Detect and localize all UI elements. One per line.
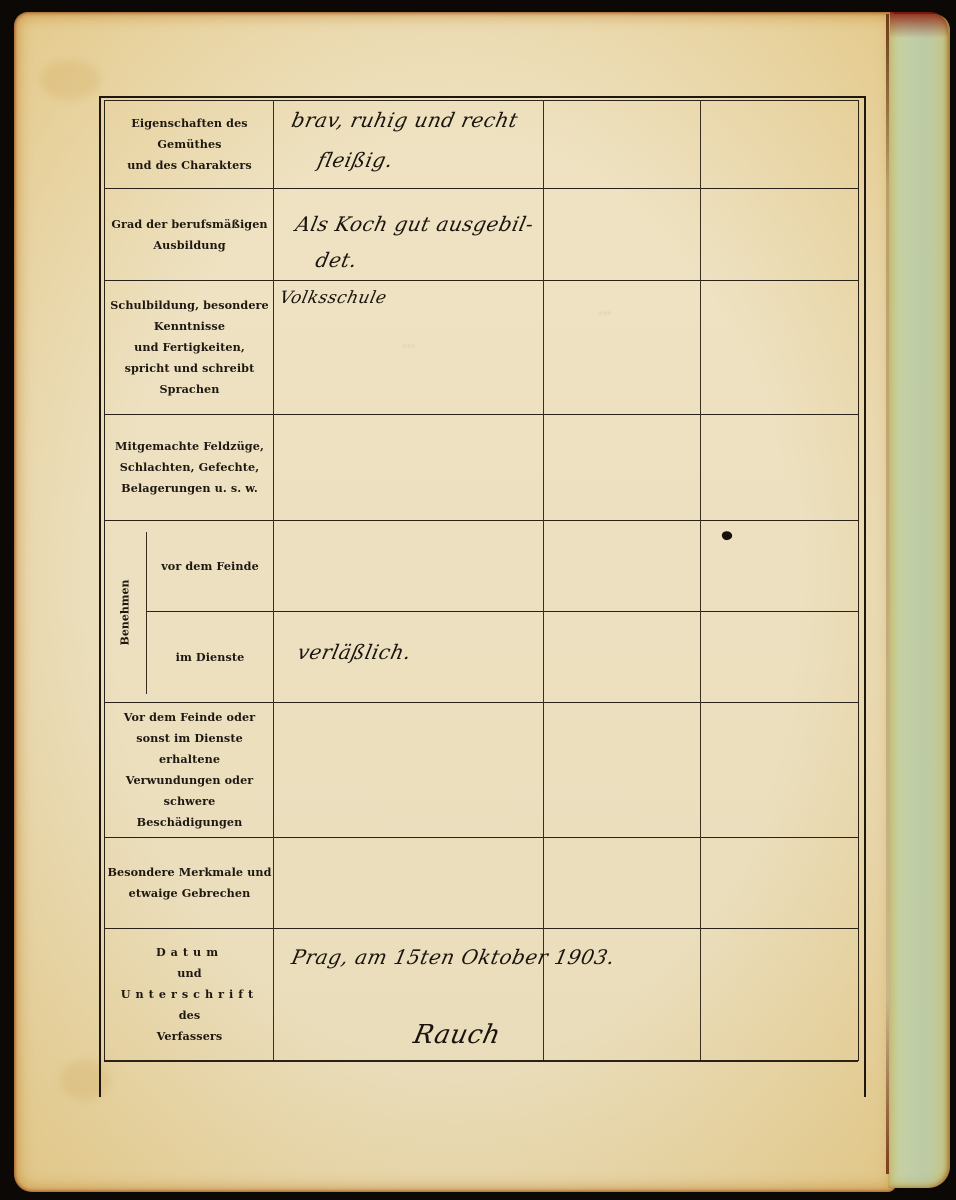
label-line: etwaige Gebrechen: [107, 883, 271, 904]
label-line: Datum: [121, 942, 258, 963]
entry-education: Volksschule: [278, 288, 389, 308]
label-line: Verfassers: [121, 1026, 258, 1047]
entry-date: Prag, am 15ten Oktober 1903.: [289, 945, 617, 969]
label-line: Schlachten, Gefechte,: [115, 457, 264, 478]
label-line: und Fertigkeiten,: [110, 337, 269, 358]
pencil-note: ...: [598, 302, 611, 318]
entry-character-line2: fleißig.: [315, 148, 395, 172]
label-line: Grad der berufsmäßigen: [111, 214, 267, 235]
label-line: des: [121, 1005, 258, 1026]
label-features: Besondere Merkmale und etwaige Gebrechen: [106, 838, 273, 928]
label-line: Eigenschaften des Gemüthes: [106, 113, 273, 155]
label-line: Beschädigungen: [106, 812, 273, 833]
label-text: Benehmen: [119, 580, 132, 646]
label-line: Belagerungen u. s. w.: [115, 478, 264, 499]
column-divider: [700, 100, 701, 1060]
label-line: und: [121, 963, 258, 984]
label-line: spricht und schreibt: [110, 358, 269, 379]
label-line: Unterschrift: [121, 984, 258, 1005]
label-line: Ausbildung: [111, 235, 267, 256]
label-vor-dem-feinde: vor dem Feinde: [147, 521, 273, 611]
entry-character-line1: brav, ruhig und recht: [289, 108, 520, 132]
column-divider: [273, 100, 274, 1060]
label-line: vor dem Feinde: [161, 556, 259, 577]
label-line: und des Charakters: [106, 155, 273, 176]
row-divider-bottom: [104, 1060, 858, 1062]
label-line: Sprachen: [110, 379, 269, 400]
label-line: Vor dem Feinde oder: [106, 707, 273, 728]
page-fold-edge: [886, 14, 889, 1174]
column-divider: [543, 100, 544, 1060]
label-line: Besondere Merkmale und: [107, 862, 271, 883]
label-character: Eigenschaften des Gemüthesund des Charak…: [106, 101, 273, 188]
label-im-dienste: im Dienste: [147, 612, 273, 702]
entry-conduct-service: verläßlich.: [295, 640, 413, 664]
label-line: im Dienste: [176, 647, 245, 668]
entry-training-line1: Als Koch gut ausgebil-: [293, 212, 536, 236]
label-campaigns: Mitgemachte Feldzüge, Schlachten, Gefech…: [106, 415, 273, 520]
spine-stain: [890, 12, 948, 38]
label-benehmen: Benehmen: [110, 525, 140, 700]
label-line: Kenntnisse: [110, 316, 269, 337]
label-training: Grad der berufsmäßigenAusbildung: [106, 189, 273, 280]
label-injuries: Vor dem Feinde oder sonst im Dienste erh…: [106, 703, 273, 837]
author-signature: Rauch: [411, 1020, 504, 1050]
book-spine-cover: [888, 14, 950, 1188]
label-line: Mitgemachte Feldzüge,: [115, 436, 264, 457]
label-date-signature: Datum und Unterschrift des Verfassers: [106, 929, 273, 1060]
label-line: sonst im Dienste erhaltene: [106, 728, 273, 770]
entry-training-line2: det.: [313, 248, 359, 272]
pencil-note: ...: [402, 335, 415, 351]
label-education: Schulbildung, besondere Kenntnisse und F…: [106, 281, 273, 414]
label-line: Schulbildung, besondere: [110, 295, 269, 316]
paper-stain: [40, 60, 100, 100]
label-line: Verwundungen oder schwere: [106, 770, 273, 812]
